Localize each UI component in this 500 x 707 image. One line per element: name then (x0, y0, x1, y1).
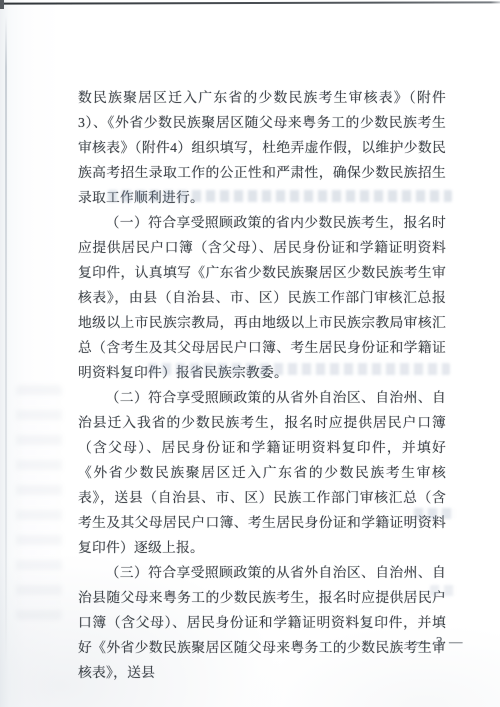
scanned-document-page: 数民族聚居区迁入广东省的少数民族考生审核表》（附件3）、《外省少数民族聚居区随父… (0, 0, 500, 707)
ink-bleedthrough-artifact (430, 585, 456, 596)
document-text-block: 数民族聚居区迁入广东省的少数民族考生审核表》（附件3）、《外省少数民族聚居区随父… (78, 85, 446, 685)
scan-left-edge-line (5, 16, 7, 666)
paragraph-item-two: （二）符合享受照顾政策的从省外自治区、自治州、自治县迁入我省的少数民族考生，报名… (78, 385, 446, 560)
scan-smudge-artifact (16, 385, 62, 620)
scan-top-edge-line (0, 1, 500, 4)
ink-bleedthrough-artifact (414, 508, 456, 519)
ink-bleedthrough-artifact (148, 363, 450, 375)
page-number: — 3 — (416, 634, 464, 650)
paragraph-item-one: （一）符合享受照顾政策的省内少数民族考生，报名时应提供居民户口簿（含父母）、居民… (78, 210, 446, 385)
scan-corner-mark (0, 0, 4, 9)
paragraph-item-three: （三）符合享受照顾政策的从省外自治区、自治州、自治县随父母来粤务工的少数民族考生… (78, 560, 446, 685)
ink-bleedthrough-artifact (108, 190, 452, 202)
